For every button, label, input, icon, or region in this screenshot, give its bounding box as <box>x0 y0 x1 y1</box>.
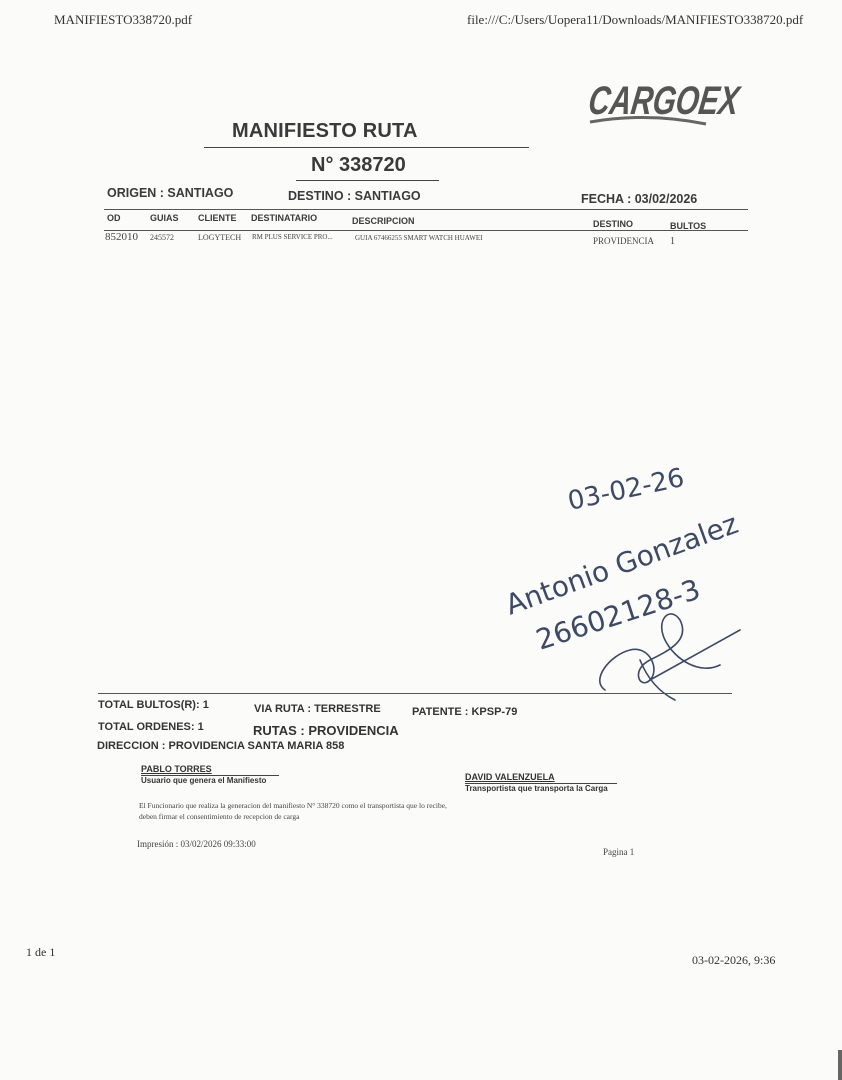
destination: DESTINO : SANTIAGO <box>288 189 421 203</box>
origin: ORIGEN : SANTIAGO <box>107 186 233 200</box>
generator-role: Usuario que genera el Manifiesto <box>141 775 279 785</box>
carrier-name: DAVID VALENZUELA <box>465 772 555 782</box>
logo-text: CARGOEX <box>588 78 744 123</box>
notice-line-1: El Funcionario que realiza la generacion… <box>139 801 447 810</box>
summary-top-rule <box>98 693 732 694</box>
print-timestamp: Impresión : 03/02/2026 09:33:00 <box>137 839 256 849</box>
direccion: DIRECCION : PROVIDENCIA SANTA MARIA 858 <box>97 740 344 752</box>
pdf-filename: MANIFIESTO338720.pdf <box>54 12 192 28</box>
title-underline <box>204 147 529 148</box>
col-od: OD <box>107 213 121 223</box>
col-destinatario: DESTINATARIO <box>251 213 317 223</box>
cell-descripcion: GUIA 67466255 SMART WATCH HUAWEI <box>355 234 482 242</box>
col-cliente: CLIENTE <box>198 213 237 223</box>
date: FECHA : 03/02/2026 <box>581 192 697 206</box>
table-header-rule <box>104 230 748 231</box>
scan-edge <box>838 1050 842 1080</box>
total-ordenes: TOTAL ORDENES: 1 <box>98 721 204 733</box>
via-ruta: VIA RUTA : TERRESTRE <box>254 703 381 715</box>
document-title: MANIFIESTO RUTA <box>232 120 418 143</box>
table-top-rule <box>104 209 748 210</box>
cell-destino: PROVIDENCIA <box>593 236 654 246</box>
cell-destinatario: RM PLUS SERVICE PRO... <box>252 233 333 241</box>
col-guias: GUIAS <box>150 213 179 223</box>
cell-bultos: 1 <box>670 236 675 247</box>
pdf-url: file:///C:/Users/Uopera11/Downloads/MANI… <box>467 12 803 28</box>
generator-name: PABLO TORRES <box>141 764 212 774</box>
cell-guias: 245572 <box>150 233 174 242</box>
carrier-role: Transportista que transporta la Carga <box>465 783 617 793</box>
patente: PATENTE : KPSP-79 <box>412 706 517 718</box>
print-datetime: 03-02-2026, 9:36 <box>692 953 775 968</box>
number-underline <box>296 180 439 181</box>
cell-cliente: LOGYTECH <box>198 233 241 242</box>
col-destino: DESTINO <box>593 219 633 229</box>
col-descripcion: DESCRIPCION <box>352 216 415 226</box>
handwritten-receipt: 03-02-26 Antonio Gonzalez 26602128-3 <box>490 440 830 710</box>
handwritten-date: 03-02-26 <box>565 463 687 517</box>
cargoex-logo: CARGOEX <box>588 78 753 128</box>
notice-line-2: deben firmar el consentimiento de recepc… <box>139 812 299 821</box>
total-bultos: TOTAL BULTOS(R): 1 <box>98 699 209 711</box>
page-label: Pagina 1 <box>603 847 634 857</box>
page-count: 1 de 1 <box>26 945 55 960</box>
cell-od: 852010 <box>105 231 138 243</box>
manifest-number: N° 338720 <box>311 154 406 177</box>
rutas: RUTAS : PROVIDENCIA <box>253 723 399 738</box>
